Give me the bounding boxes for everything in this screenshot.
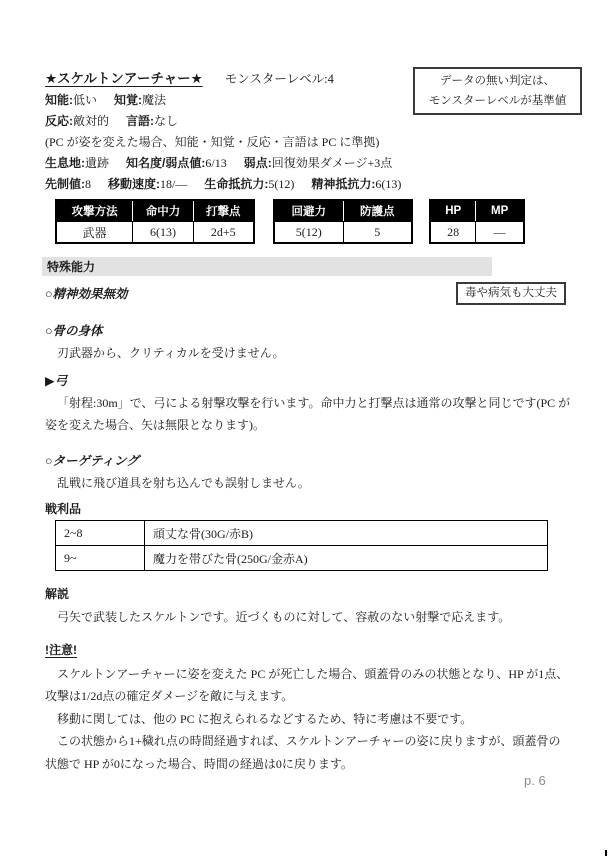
table-cell: 5(12) [274, 222, 343, 244]
loot-section: 戦利品 2~8 頑丈な骨(30G/赤B) 9~ 魔力を帯びた骨(250G/金赤A… [45, 502, 572, 571]
loot-row: 2~8 頑丈な骨(30G/赤B) [56, 521, 548, 546]
stat-label: 弱点: [244, 156, 272, 170]
stat-value: 6/13 [205, 156, 226, 170]
table-header-cell: 命中力 [133, 200, 193, 222]
stat-value: 敵対的 [73, 114, 109, 128]
monster-sheet-page: データの無い判定は、 モンスターレベルが基準値 ★スケルトンアーチャー★モンスタ… [0, 0, 608, 859]
monster-name: ★スケルトンアーチャー★ [45, 71, 203, 86]
stat-tables: 攻撃方法 命中力 打撃点 武器 6(13) 2d+5 回避力 防護点 5(12)… [55, 199, 572, 244]
table-header-cell: 回避力 [274, 200, 343, 222]
caution-paragraph: スケルトンアーチャーに姿を変えた PC が死亡した場合、頭蓋骨のみの状態となり、… [45, 663, 572, 708]
loot-table: 2~8 頑丈な骨(30G/赤B) 9~ 魔力を帯びた骨(250G/金赤A) [55, 520, 548, 571]
commentary-title: 解説 [45, 587, 572, 601]
stat-label: 移動速度: [108, 177, 160, 191]
stat-value: 6(13) [375, 177, 401, 191]
stat-value: 18/— [160, 177, 187, 191]
stat-value: 魔法 [142, 93, 166, 107]
poison-disease-tip-box: 毒や病気も大丈夫 [456, 282, 566, 305]
stat-value: 8 [85, 177, 91, 191]
loot-item: 頑丈な骨(30G/赤B) [145, 521, 548, 546]
page-corner-mark [605, 850, 607, 856]
commentary-text: 弓矢で武装したスケルトンです。近づくものに対して、容赦のない射撃で応えます。 [45, 606, 572, 628]
stat-line-reaction: 反応:敵対的 言語:なし [45, 111, 572, 132]
header-line-title: ★スケルトンアーチャー★モンスターレベル:4 [45, 68, 572, 90]
stat-line-habitat: 生息地:遺跡 知名度/弱点値:6/13 弱点:回復効果ダメージ+3点 [45, 153, 572, 174]
loot-item: 魔力を帯びた骨(250G/金赤A) [145, 546, 548, 571]
table-cell: — [476, 222, 524, 244]
stat-line-intellect: 知能:低い 知覚:魔法 [45, 90, 572, 111]
ability-desc: 「射程:30m」で、弓による射撃攻撃を行います。命中力と打撃点は通常の攻撃と同じ… [45, 392, 572, 436]
monster-level: モンスターレベル:4 [225, 72, 334, 86]
table-header-cell: HP [430, 200, 476, 222]
table-cell: 6(13) [133, 222, 193, 244]
stat-line-pc-note: (PC が姿を変えた場合、知能・知覚・反応・言語は PC に準拠) [45, 132, 572, 153]
loot-title: 戦利品 [45, 502, 572, 516]
caution-section: !注意! スケルトンアーチャーに姿を変えた PC が死亡した場合、頭蓋骨のみの状… [45, 642, 572, 775]
stat-label: 言語: [126, 114, 154, 128]
table-cell: 武器 [56, 222, 133, 244]
ability-bone-body: ○骨の身体 刃武器から、クリティカルを受けません。 [45, 320, 572, 364]
stat-label: 精神抵抗力: [311, 177, 375, 191]
page-number: p. 6 [524, 773, 546, 788]
table-header-cell: MP [476, 200, 524, 222]
table-cell: 5 [343, 222, 412, 244]
loot-row: 9~ 魔力を帯びた骨(250G/金赤A) [56, 546, 548, 571]
stat-line-initiative: 先制値:8 移動速度:18/— 生命抵抗力:5(12) 精神抵抗力:6(13) [45, 174, 572, 195]
attack-table: 攻撃方法 命中力 打撃点 武器 6(13) 2d+5 [55, 199, 255, 244]
stat-label: 生命抵抗力: [204, 177, 268, 191]
caution-paragraph: 移動に関しては、他の PC に抱えられるなどするため、特に考慮は不要です。 [45, 708, 572, 730]
loot-range: 2~8 [56, 521, 145, 546]
abilities-list: ○精神効果無効 ○骨の身体 刃武器から、クリティカルを受けません。 ▶弓 「射程… [45, 283, 572, 494]
stat-value: 遺跡 [85, 156, 109, 170]
table-header-cell: 防護点 [343, 200, 412, 222]
ability-name: ○骨の身体 [45, 320, 572, 342]
defense-table: 回避力 防護点 5(12) 5 [273, 199, 413, 244]
stat-label: 生息地: [45, 156, 85, 170]
stat-label: 知能: [45, 93, 73, 107]
stat-value: 低い [73, 93, 97, 107]
ability-targeting: ○ターゲティング 乱戦に飛び道具を射ち込んでも誤射しません。 [45, 450, 572, 494]
hp-mp-table: HP MP 28 — [429, 199, 525, 244]
table-cell: 2d+5 [193, 222, 254, 244]
ability-bow: ▶弓 「射程:30m」で、弓による射撃攻撃を行います。命中力と打撃点は通常の攻撃… [45, 370, 572, 436]
ability-name: ○ターゲティング [45, 450, 572, 472]
stat-label: 知名度/弱点値: [126, 156, 205, 170]
caution-title: !注意! [45, 642, 77, 658]
loot-range: 9~ [56, 546, 145, 571]
table-cell: 28 [430, 222, 476, 244]
stat-value: 回復効果ダメージ+3点 [272, 156, 393, 170]
stat-label: 知覚: [114, 93, 142, 107]
stat-value: 5(12) [268, 177, 294, 191]
special-abilities-section-bar: 特殊能力 [42, 257, 492, 276]
table-header-cell: 攻撃方法 [56, 200, 133, 222]
stat-value: なし [154, 114, 178, 128]
page-content: ★スケルトンアーチャー★モンスターレベル:4 知能:低い 知覚:魔法 反応:敵対… [45, 68, 572, 775]
ability-desc: 刃武器から、クリティカルを受けません。 [45, 342, 572, 364]
commentary-section: 解説 弓矢で武装したスケルトンです。近づくものに対して、容赦のない射撃で応えます… [45, 587, 572, 628]
table-header-cell: 打撃点 [193, 200, 254, 222]
stat-label: 先制値: [45, 177, 85, 191]
ability-desc: 乱戦に飛び道具を射ち込んでも誤射しません。 [45, 472, 572, 494]
stat-label: 反応: [45, 114, 73, 128]
caution-paragraph: この状態から1+穢れ点の時間経過すれば、スケルトンアーチャーの姿に戻りますが、頭… [45, 730, 572, 775]
ability-name: ▶弓 [45, 370, 572, 392]
